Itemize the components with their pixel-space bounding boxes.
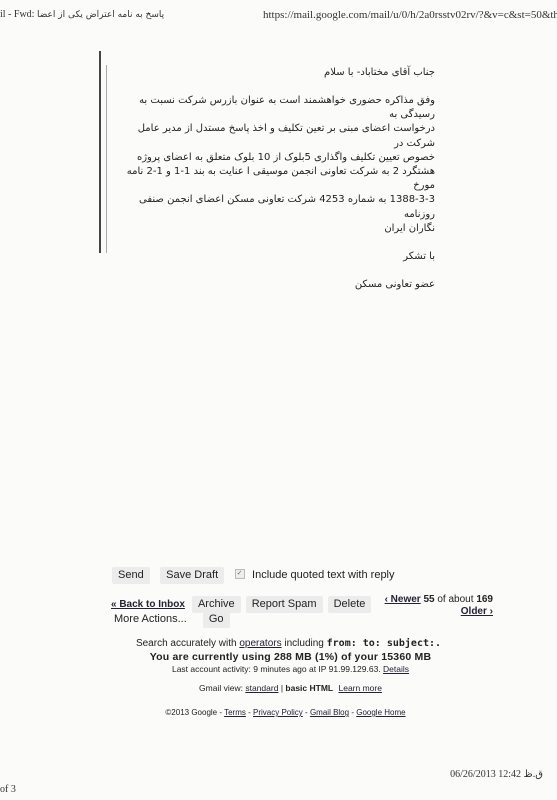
- newer-link[interactable]: ‹ Newer: [385, 594, 421, 605]
- message-paragraph: وفق مذاکره حضوری خواهشمند است به عنوان ب…: [115, 94, 435, 236]
- delete-button[interactable]: Delete: [328, 596, 372, 613]
- view-label: Gmail view:: [199, 683, 243, 693]
- separator: -: [248, 708, 251, 717]
- message-line: وفق مذاکره حضوری خواهشمند است به عنوان ب…: [115, 94, 435, 122]
- current-index: 55: [423, 594, 434, 605]
- quote-bar-secondary: [106, 51, 107, 253]
- title-subject: پاسخ به نامه اعتراض یکی از اعضا: [37, 10, 164, 20]
- quote-bar: [99, 51, 101, 253]
- quoted-message: جناب آقای مختاباد- با سلام وفق مذاکره حض…: [115, 66, 435, 306]
- account-activity: Last account activity: 9 minutes ago at …: [0, 664, 557, 674]
- page-url: https://mail.google.com/mail/u/0/h/2a0rs…: [263, 9, 557, 21]
- search-operators: from: to: subject:.: [327, 638, 441, 649]
- google-home-link[interactable]: Google Home: [356, 708, 405, 717]
- print-date: 06/26/2013 12:42 ق.ظ: [450, 769, 543, 780]
- message-line: نگاران ایران: [115, 222, 435, 236]
- message-line: درخواست اعضای مبنی بر تعین تکلیف و اخذ پ…: [115, 122, 435, 150]
- basic-html-label: basic HTML: [285, 683, 333, 693]
- of-about-label: of about: [437, 594, 473, 605]
- gmail-blog-link[interactable]: Gmail Blog: [310, 708, 349, 717]
- title-prefix: il - Fwd:: [0, 9, 34, 20]
- learn-more-link[interactable]: Learn more: [338, 683, 381, 693]
- storage-usage: You are currently using 288 MB (1%) of y…: [0, 651, 557, 663]
- message-line: 1388-3-3 به شماره 4253 شرکت تعاونی مسکن …: [115, 193, 435, 221]
- compose-toolbar: Send Save Draft ✓ Include quoted text wi…: [112, 565, 395, 584]
- storage-text: You are currently using 288 MB (1%) of y…: [150, 651, 432, 663]
- separator: -: [305, 708, 308, 717]
- save-draft-button[interactable]: Save Draft: [160, 567, 224, 584]
- terms-link[interactable]: Terms: [224, 708, 246, 717]
- report-spam-button[interactable]: Report Spam: [246, 596, 323, 613]
- include-quoted-label: Include quoted text with reply: [252, 569, 394, 581]
- gmail-view: Gmail view: standard | basic HTML Learn …: [0, 683, 557, 693]
- message-line: هشتگرد 2 به شرکت تعاونی انجمن موسیقی ا ع…: [115, 165, 435, 193]
- quote-bar-gap: [106, 51, 107, 65]
- include-quoted-checkbox[interactable]: ✓: [235, 569, 245, 579]
- closing: با تشکر: [115, 250, 435, 264]
- details-link[interactable]: Details: [383, 664, 409, 674]
- privacy-policy-link[interactable]: Privacy Policy: [253, 708, 303, 717]
- go-button[interactable]: Go: [203, 611, 230, 628]
- separator: -: [351, 708, 354, 717]
- message-line: خصوص تعیین تکلیف واگذاری 5بلوک از 10 بلو…: [115, 151, 435, 165]
- copyright-footer: ©2013 Google - Terms - Privacy Policy - …: [0, 708, 557, 717]
- greeting: جناب آقای مختاباد- با سلام: [115, 66, 435, 80]
- operators-link[interactable]: operators: [239, 638, 281, 649]
- signature: عضو تعاونی مسکن: [115, 278, 435, 292]
- more-actions-row: More Actions... Go: [109, 611, 230, 628]
- search-tip-text: Search accurately with: [136, 638, 237, 649]
- older-link[interactable]: Older ›: [461, 606, 493, 617]
- standard-view-link[interactable]: standard: [245, 683, 278, 693]
- search-tip: Search accurately with operators includi…: [0, 638, 557, 649]
- more-actions-select[interactable]: More Actions...: [109, 611, 192, 627]
- total-count: 169: [476, 594, 493, 605]
- page-title: il - Fwd: پاسخ به نامه اعتراض یکی از اعض…: [0, 9, 164, 20]
- page-number: of 3: [0, 784, 16, 795]
- view-separator: |: [281, 683, 283, 693]
- copyright-text: ©2013 Google -: [165, 708, 222, 717]
- send-button[interactable]: Send: [112, 567, 150, 584]
- search-including-text: including: [284, 638, 323, 649]
- activity-text: Last account activity: 9 minutes ago at …: [172, 664, 381, 674]
- pagination: ‹ Newer 55 of about 169 Older ›: [385, 594, 493, 618]
- back-to-inbox-link[interactable]: « Back to Inbox: [111, 599, 185, 610]
